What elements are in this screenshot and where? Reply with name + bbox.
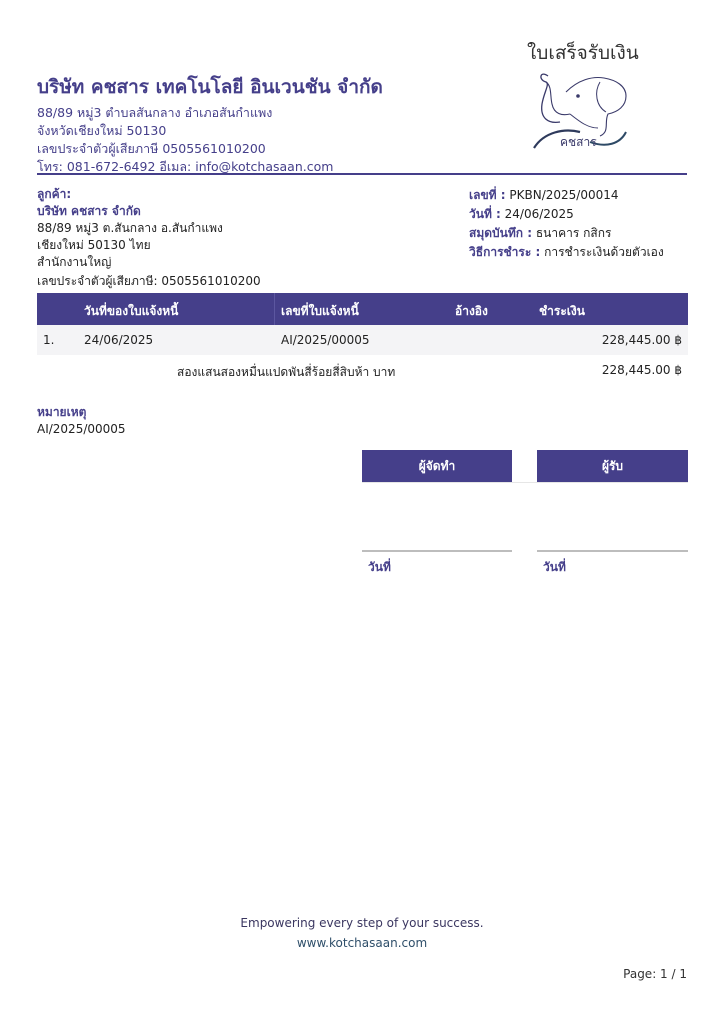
notes-label: หมายเหตุ (37, 403, 86, 422)
preparer-date-label: วันที่ (368, 558, 391, 577)
receiver-signature-line (537, 550, 688, 552)
column-invoice-date: วันที่ของใบแจ้งหนี้ (84, 302, 178, 321)
table-header: วันที่ของใบแจ้งหนี้ เลขที่ใบแจ้งหนี้ อ้า… (37, 293, 688, 325)
receipt-date-label: วันที่ : (469, 207, 501, 221)
column-invoice-number: เลขที่ใบแจ้งหนี้ (281, 302, 359, 321)
customer-name: บริษัท คชสาร จำกัด (37, 203, 261, 220)
receiver-header: ผู้รับ (537, 450, 688, 482)
company-address-line1: 88/89 หมู่3 ตำบลสันกลาง อำเภอสันกำแพง (37, 103, 272, 123)
page-number: Page: 1 / 1 (623, 967, 687, 981)
table-row: 1. 24/06/2025 AI/2025/00005 228,445.00 ฿ (37, 325, 688, 355)
company-address-line2: จังหวัดเชียงใหม่ 50130 (37, 121, 166, 141)
company-tax-id: เลขประจำตัวผู้เสียภาษี 0505561010200 (37, 139, 266, 159)
customer-address-line2: เชียงใหม่ 50130 ไทย (37, 237, 261, 254)
column-payment: ชำระเงิน (539, 302, 585, 321)
row-invoice-number: AI/2025/00005 (281, 333, 370, 347)
column-reference: อ้างอิง (455, 302, 488, 321)
preparer-header: ผู้จัดทำ (362, 450, 512, 482)
logo-text: คชสาร (560, 135, 597, 149)
customer-block: ลูกค้า: บริษัท คชสาร จำกัด 88/89 หมู่3 ต… (37, 186, 261, 290)
journal-label: สมุดบันทึก : (469, 226, 532, 240)
customer-label: ลูกค้า: (37, 186, 261, 203)
header-divider (37, 173, 687, 175)
customer-branch: สำนักงานใหญ่ (37, 254, 261, 271)
payment-method-value: การชำระเงินด้วยตัวเอง (544, 245, 664, 259)
payment-table: วันที่ของใบแจ้งหนี้ เลขที่ใบแจ้งหนี้ อ้า… (37, 293, 688, 385)
row-index: 1. (43, 333, 54, 347)
receipt-meta: เลขที่ : PKBN/2025/00014 วันที่ : 24/06/… (469, 186, 664, 262)
journal-value: ธนาคาร กสิกร (536, 226, 612, 240)
footer-tagline: Empowering every step of your success. (0, 916, 724, 930)
preparer-signature-line (362, 550, 512, 552)
customer-tax-id: เลขประจำตัวผู้เสียภาษี: 0505561010200 (37, 273, 261, 290)
row-amount: 228,445.00 ฿ (602, 333, 682, 347)
footer-website-link[interactable]: www.kotchasaan.com (0, 936, 724, 950)
signature-box-top-line (362, 482, 688, 483)
payment-method-label: วิธีการชำระ : (469, 245, 540, 259)
row-invoice-date: 24/06/2025 (84, 333, 153, 347)
total-in-words: สองแสนสองหมื่นแปดพันสี่ร้อยสี่สิบห้า บาท (177, 363, 395, 382)
receipt-number: PKBN/2025/00014 (509, 188, 618, 202)
customer-address-line1: 88/89 หมู่3 ต.สันกลาง อ.สันกำแพง (37, 220, 261, 237)
receipt-date: 24/06/2025 (505, 207, 574, 221)
header-divider-line (274, 293, 275, 325)
total-amount: 228,445.00 ฿ (602, 363, 682, 377)
notes-value: AI/2025/00005 (37, 422, 126, 436)
company-name: บริษัท คชสาร เทคโนโลยี อินเวนชัน จำกัด (37, 72, 383, 102)
total-row: สองแสนสองหมื่นแปดพันสี่ร้อยสี่สิบห้า บาท… (37, 355, 688, 385)
receipt-number-label: เลขที่ : (469, 188, 506, 202)
elephant-logo-icon: คชสาร (530, 62, 630, 154)
receiver-date-label: วันที่ (543, 558, 566, 577)
